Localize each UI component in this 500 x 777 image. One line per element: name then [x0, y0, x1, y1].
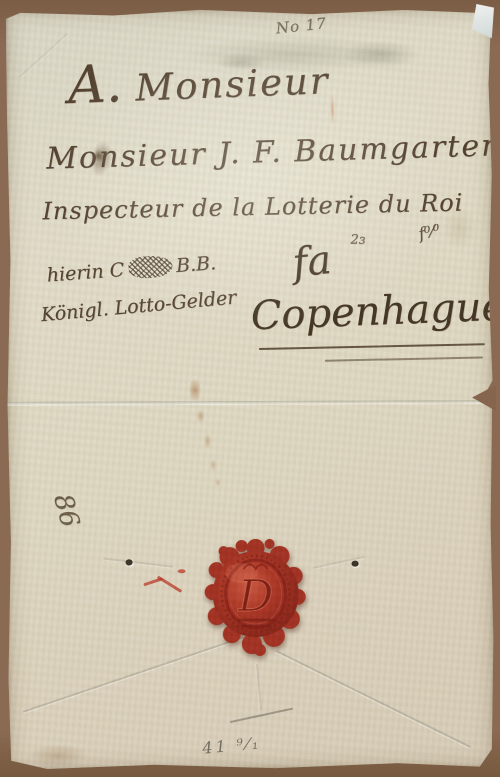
rate-small-mark: 2ɜ	[350, 233, 365, 248]
enclosure-suffix: B.B.	[175, 252, 217, 277]
flap-crease-right	[275, 650, 470, 748]
enclosure-line2: Königl. Lotto-Gelder	[40, 287, 237, 327]
pinhole	[126, 559, 133, 565]
wax-seal: D	[199, 531, 311, 661]
side-number: 86	[47, 491, 85, 531]
salutation-initial: A.	[67, 54, 123, 116]
rust-stain	[195, 407, 206, 425]
wax-seal-graphic: D	[199, 531, 311, 661]
enclosure-line: hierin CB.B.	[46, 251, 217, 286]
rust-stain	[203, 431, 212, 451]
addressee-title-line: Inspecteur de la Lotterie du Roi	[42, 189, 463, 226]
rust-stain	[214, 477, 221, 488]
pencil-note: 41 ⁹⁄₁	[202, 733, 262, 757]
ink-scribble	[127, 254, 172, 279]
enclosure-prefix: hierin C	[46, 259, 125, 287]
letter-back: No 17 A. Monsieur Monsieur J. F. Baumgar…	[6, 8, 495, 770]
archive-number: No 17	[275, 14, 328, 37]
photo-frame: No 17 A. Monsieur Monsieur J. F. Baumgar…	[0, 0, 500, 777]
addressee-name-line: Monsieur J. F. Baumgarten	[46, 128, 500, 177]
seal-monogram: D	[237, 571, 273, 622]
pencil-dash	[230, 708, 293, 723]
salutation-rest: Monsieur	[135, 59, 331, 109]
pinhole	[352, 561, 359, 567]
stain	[326, 34, 436, 74]
wax-smear	[178, 569, 186, 573]
rate-mark: fa	[290, 237, 333, 287]
franco-mark: f⁰⁄⁰	[417, 220, 442, 243]
salutation-line: A. Monsieur	[67, 46, 331, 116]
destination: Copenhague	[250, 284, 500, 340]
fold-line	[7, 400, 493, 405]
rust-stain	[330, 91, 335, 129]
destination-flourish	[325, 356, 483, 361]
crease	[19, 33, 68, 77]
crease	[256, 664, 262, 710]
rust-stain	[209, 457, 217, 473]
foxing	[18, 740, 98, 772]
crease	[103, 558, 173, 568]
wax-smear	[143, 577, 163, 586]
destination-underline	[259, 343, 485, 350]
